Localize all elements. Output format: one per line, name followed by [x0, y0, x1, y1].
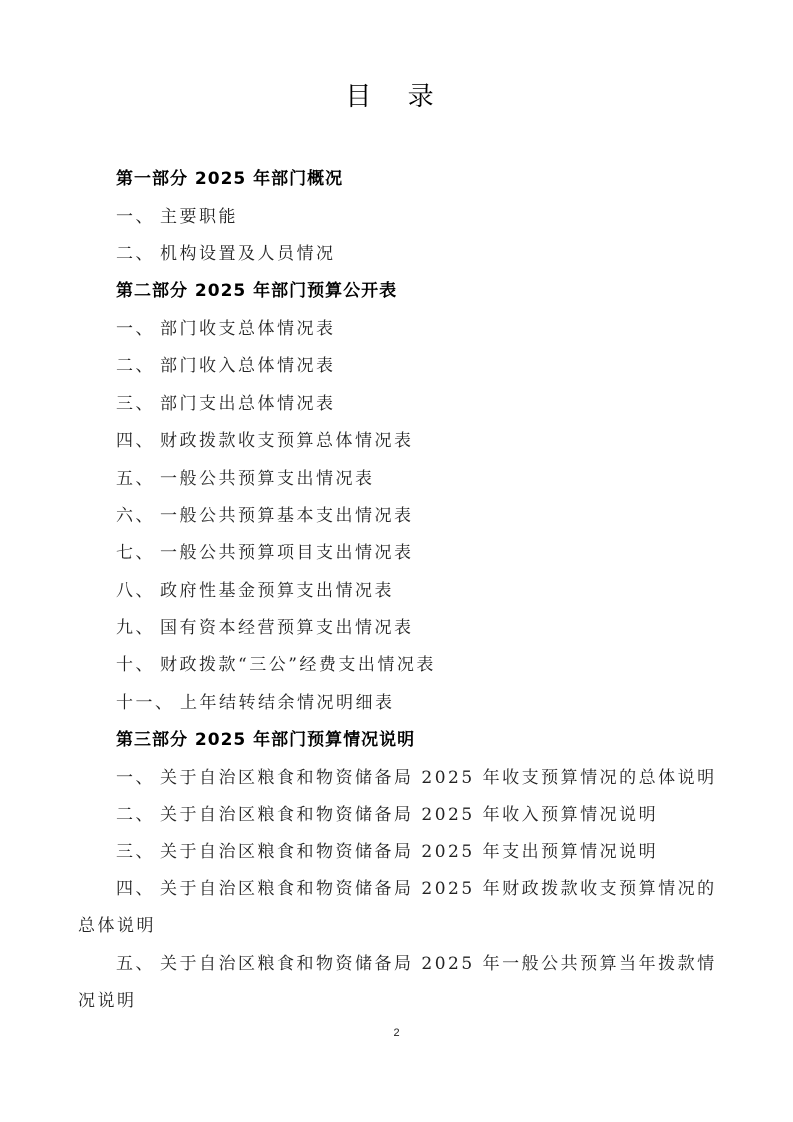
toc-entry[interactable]: 六、一般公共预算基本支出情况表: [116, 505, 414, 527]
toc-part-heading[interactable]: 第二部分 2025 年部门预算公开表: [116, 280, 397, 302]
page-number: 2: [0, 1027, 793, 1039]
toc-entry[interactable]: 二、部门收入总体情况表: [116, 355, 336, 377]
toc-entry-label: 关于自治区粮食和物资储备局 2025 年一般公共预算当年拨款情况说明: [78, 954, 717, 1011]
toc-entry-label: 财政拨款收支预算总体情况表: [160, 431, 414, 451]
toc-entry[interactable]: 一、主要职能: [116, 206, 238, 228]
toc-entry-number: 五、: [116, 946, 160, 983]
toc-entry[interactable]: 十、财政拨款“三公”经费支出情况表: [116, 654, 436, 676]
toc-entry[interactable]: 三、关于自治区粮食和物资储备局 2025 年支出预算情况说明: [116, 841, 658, 863]
toc-entry-label: 部门收入总体情况表: [160, 356, 336, 376]
toc-entry-label: 关于自治区粮食和物资储备局 2025 年收支预算情况的总体说明: [160, 768, 717, 788]
toc-entry-number: 二、: [116, 355, 160, 377]
toc-entry-label: 关于自治区粮食和物资储备局 2025 年收入预算情况说明: [160, 805, 658, 825]
toc-entry[interactable]: 四、关于自治区粮食和物资储备局 2025 年财政拨款收支预算情况的总体说明: [78, 871, 718, 945]
toc-entry[interactable]: 一、关于自治区粮食和物资储备局 2025 年收支预算情况的总体说明: [116, 767, 717, 789]
toc-entry-label: 一般公共预算项目支出情况表: [160, 543, 414, 563]
toc-entry-number: 五、: [116, 468, 160, 490]
toc-entry[interactable]: 二、机构设置及人员情况: [116, 243, 336, 265]
toc-entry-label: 财政拨款“三公”经费支出情况表: [160, 655, 436, 675]
toc-entry-label: 部门支出总体情况表: [160, 394, 336, 414]
toc-entry-label: 上年结转结余情况明细表: [180, 693, 395, 713]
document-page: 目 录 第一部分 2025 年部门概况 一、主要职能 二、机构设置及人员情况 第…: [0, 0, 793, 1122]
toc-entry-number: 一、: [116, 318, 160, 340]
toc-entry-label: 部门收支总体情况表: [160, 319, 336, 339]
toc-entry-number: 十、: [116, 654, 160, 676]
toc-entry-label: 国有资本经营预算支出情况表: [160, 618, 414, 638]
toc-entry-number: 二、: [116, 804, 160, 826]
toc-entry-number: 三、: [116, 841, 160, 863]
toc-entry[interactable]: 八、政府性基金预算支出情况表: [116, 580, 394, 602]
toc-entry[interactable]: 四、财政拨款收支预算总体情况表: [116, 430, 414, 452]
toc-entry[interactable]: 十一、上年结转结余情况明细表: [116, 692, 395, 714]
toc-entry-number: 四、: [116, 430, 160, 452]
toc-part-heading[interactable]: 第三部分 2025 年部门预算情况说明: [116, 729, 415, 751]
toc-entry[interactable]: 三、部门支出总体情况表: [116, 393, 336, 415]
toc-entry-number: 七、: [116, 542, 160, 564]
toc-entry-label: 一般公共预算支出情况表: [160, 469, 375, 489]
toc-entry-label: 主要职能: [160, 207, 238, 227]
toc-entry-number: 三、: [116, 393, 160, 415]
toc-entry-number: 十一、: [116, 692, 180, 714]
toc-entry-label: 一般公共预算基本支出情况表: [160, 506, 414, 526]
toc-entry-label: 机构设置及人员情况: [160, 244, 336, 264]
toc-entry[interactable]: 二、关于自治区粮食和物资储备局 2025 年收入预算情况说明: [116, 804, 658, 826]
toc-entry[interactable]: 五、关于自治区粮食和物资储备局 2025 年一般公共预算当年拨款情况说明: [78, 946, 718, 1020]
toc-entry-number: 四、: [116, 871, 160, 908]
toc-entry[interactable]: 五、一般公共预算支出情况表: [116, 468, 375, 490]
toc-entry-label: 关于自治区粮食和物资储备局 2025 年财政拨款收支预算情况的总体说明: [78, 879, 717, 936]
toc-entry-number: 一、: [116, 206, 160, 228]
toc-entry[interactable]: 一、部门收支总体情况表: [116, 318, 336, 340]
toc-entry-number: 八、: [116, 580, 160, 602]
toc-entry-number: 一、: [116, 767, 160, 789]
toc-entry-number: 六、: [116, 505, 160, 527]
page-title: 目 录: [0, 80, 793, 114]
toc-entry[interactable]: 九、国有资本经营预算支出情况表: [116, 617, 414, 639]
toc-entry-number: 二、: [116, 243, 160, 265]
toc-entry-label: 政府性基金预算支出情况表: [160, 581, 394, 601]
toc-part-heading[interactable]: 第一部分 2025 年部门概况: [116, 168, 343, 190]
toc-entry-label: 关于自治区粮食和物资储备局 2025 年支出预算情况说明: [160, 842, 658, 862]
toc-entry-number: 九、: [116, 617, 160, 639]
toc-entry[interactable]: 七、一般公共预算项目支出情况表: [116, 542, 414, 564]
